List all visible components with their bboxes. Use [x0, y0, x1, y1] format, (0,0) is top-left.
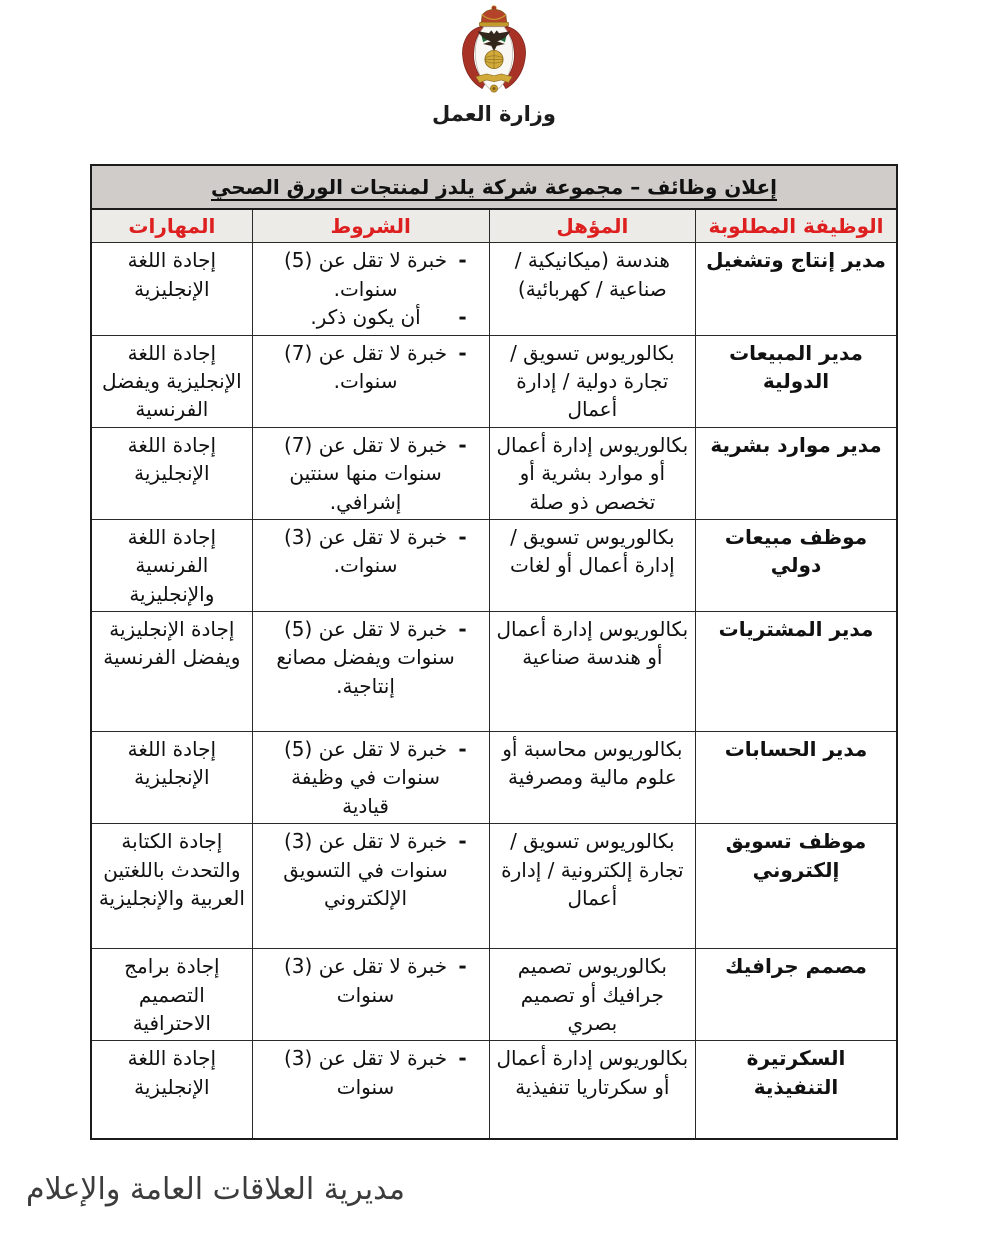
- bullet-dash: -: [458, 1044, 466, 1072]
- column-header-position: الوظيفة المطلوبة: [696, 209, 898, 243]
- position-cell: موظف مبيعات دولي: [696, 519, 898, 611]
- table-row: مدير موارد بشرية بكالوريوس إدارة أعمال أ…: [91, 427, 897, 519]
- condition-item: - خبرة لا تقل عن (5) سنوات.: [259, 246, 483, 303]
- table-row: مدير المبيعات الدولية بكالوريوس تسويق / …: [91, 335, 897, 427]
- position-cell: السكرتيرة التنفيذية: [696, 1041, 898, 1139]
- condition-text: أن يكون ذكر.: [259, 303, 459, 331]
- qualification-cell: بكالوريوس تصميم جرافيك أو تصميم بصري: [489, 949, 695, 1041]
- condition-text: خبرة لا تقل عن (5) سنوات.: [259, 246, 459, 303]
- conditions-cell: - خبرة لا تقل عن (3) سنوات.: [252, 519, 489, 611]
- bullet-dash: -: [458, 303, 466, 331]
- column-header-skills: المهارات: [91, 209, 252, 243]
- condition-text: خبرة لا تقل عن (3) سنوات: [259, 1044, 459, 1101]
- bullet-dash: -: [458, 827, 466, 855]
- position-cell: مدير الحسابات: [696, 732, 898, 824]
- qualification-cell: بكالوريوس إدارة أعمال أو موارد بشرية أو …: [489, 427, 695, 519]
- table-row: مدير المشتريات بكالوريوس إدارة أعمال أو …: [91, 612, 897, 732]
- condition-text: خبرة لا تقل عن (3) سنوات في التسويق الإل…: [259, 827, 459, 912]
- conditions-cell: - خبرة لا تقل عن (3) سنوات: [252, 1041, 489, 1139]
- conditions-cell: - خبرة لا تقل عن (5) سنوات. - أن يكون ذك…: [252, 243, 489, 335]
- conditions-cell: - خبرة لا تقل عن (3) سنوات: [252, 949, 489, 1041]
- bullet-dash: -: [458, 431, 466, 459]
- position-cell: مدير إنتاج وتشغيل: [696, 243, 898, 335]
- qualification-cell: بكالوريوس إدارة أعمال أو سكرتاريا تنفيذي…: [489, 1041, 695, 1139]
- bullet-dash: -: [458, 523, 466, 551]
- table-row: مدير الحسابات بكالوريوس محاسبة أو علوم م…: [91, 732, 897, 824]
- table-row: السكرتيرة التنفيذية بكالوريوس إدارة أعما…: [91, 1041, 897, 1139]
- condition-item: - خبرة لا تقل عن (3) سنوات.: [259, 523, 483, 580]
- condition-item: - خبرة لا تقل عن (7) سنوات منها سنتين إش…: [259, 431, 483, 516]
- skills-cell: إجادة اللغة الإنجليزية: [91, 1041, 252, 1139]
- position-cell: مدير المبيعات الدولية: [696, 335, 898, 427]
- conditions-cell: - خبرة لا تقل عن (7) سنوات.: [252, 335, 489, 427]
- qualification-cell: بكالوريوس تسويق / تجارة إلكترونية / إدار…: [489, 824, 695, 949]
- ministry-name: وزارة العمل: [0, 102, 988, 126]
- skills-cell: إجادة اللغة الإنجليزية: [91, 427, 252, 519]
- position-cell: مدير المشتريات: [696, 612, 898, 732]
- condition-text: خبرة لا تقل عن (3) سنوات: [259, 952, 459, 1009]
- qualification-cell: هندسة (ميكانيكية / صناعية / كهربائية): [489, 243, 695, 335]
- skills-cell: إجادة اللغة الإنجليزية ويفضل الفرنسية: [91, 335, 252, 427]
- condition-text: خبرة لا تقل عن (5) سنوات في وظيفة قيادية: [259, 735, 459, 820]
- skills-cell: إجادة اللغة الفرنسية والإنجليزية: [91, 519, 252, 611]
- table-row: موظف مبيعات دولي بكالوريوس تسويق / إدارة…: [91, 519, 897, 611]
- skills-cell: إجادة الإنجليزية ويفضل الفرنسية: [91, 612, 252, 732]
- conditions-cell: - خبرة لا تقل عن (3) سنوات في التسويق ال…: [252, 824, 489, 949]
- condition-text: خبرة لا تقل عن (7) سنوات منها سنتين إشرا…: [259, 431, 459, 516]
- bullet-dash: -: [458, 952, 466, 980]
- condition-item: - خبرة لا تقل عن (7) سنوات.: [259, 339, 483, 396]
- skills-cell: إجادة الكتابة والتحدث باللغتين العربية و…: [91, 824, 252, 949]
- qualification-cell: بكالوريوس إدارة أعمال أو هندسة صناعية: [489, 612, 695, 732]
- skills-cell: إجادة اللغة الإنجليزية: [91, 243, 252, 335]
- table-header-row: الوظيفة المطلوبة المؤهل الشروط المهارات: [91, 209, 897, 243]
- column-header-qualification: المؤهل: [489, 209, 695, 243]
- qualification-cell: بكالوريوس تسويق / تجارة دولية / إدارة أع…: [489, 335, 695, 427]
- skills-cell: إجادة اللغة الإنجليزية: [91, 732, 252, 824]
- conditions-cell: - خبرة لا تقل عن (7) سنوات منها سنتين إش…: [252, 427, 489, 519]
- qualification-cell: بكالوريوس تسويق / إدارة أعمال أو لغات: [489, 519, 695, 611]
- position-cell: مصمم جرافيك: [696, 949, 898, 1041]
- condition-text: خبرة لا تقل عن (3) سنوات.: [259, 523, 459, 580]
- condition-item: - أن يكون ذكر.: [259, 303, 483, 331]
- skills-cell: إجادة برامج التصميم الاحترافية: [91, 949, 252, 1041]
- qualification-cell: بكالوريوس محاسبة أو علوم مالية ومصرفية: [489, 732, 695, 824]
- condition-item: - خبرة لا تقل عن (5) سنوات في وظيفة قياد…: [259, 735, 483, 820]
- condition-item: - خبرة لا تقل عن (3) سنوات: [259, 1044, 483, 1101]
- condition-item: - خبرة لا تقل عن (5) سنوات ويفضل مصانع إ…: [259, 615, 483, 700]
- bullet-dash: -: [458, 339, 466, 367]
- bullet-dash: -: [458, 615, 466, 643]
- bullet-dash: -: [458, 735, 466, 763]
- position-cell: مدير موارد بشرية: [696, 427, 898, 519]
- job-announcement-table: إعلان وظائف – مجموعة شركة يلدز لمنتجات ا…: [90, 164, 898, 1140]
- position-cell: موظف تسويق إلكتروني: [696, 824, 898, 949]
- condition-text: خبرة لا تقل عن (5) سنوات ويفضل مصانع إنت…: [259, 615, 459, 700]
- condition-item: - خبرة لا تقل عن (3) سنوات في التسويق ال…: [259, 827, 483, 912]
- table-title-row: إعلان وظائف – مجموعة شركة يلدز لمنتجات ا…: [91, 165, 897, 209]
- conditions-cell: - خبرة لا تقل عن (5) سنوات ويفضل مصانع إ…: [252, 612, 489, 732]
- column-header-conditions: الشروط: [252, 209, 489, 243]
- footer-department: مديرية العلاقات العامة والإعلام: [26, 1172, 405, 1207]
- jordan-royal-crest-icon: [446, 4, 542, 104]
- bullet-dash: -: [458, 246, 466, 274]
- condition-text: خبرة لا تقل عن (7) سنوات.: [259, 339, 459, 396]
- conditions-cell: - خبرة لا تقل عن (5) سنوات في وظيفة قياد…: [252, 732, 489, 824]
- announcement-title: إعلان وظائف – مجموعة شركة يلدز لمنتجات ا…: [91, 165, 897, 209]
- table-row: موظف تسويق إلكتروني بكالوريوس تسويق / تج…: [91, 824, 897, 949]
- condition-item: - خبرة لا تقل عن (3) سنوات: [259, 952, 483, 1009]
- table-row: مصمم جرافيك بكالوريوس تصميم جرافيك أو تص…: [91, 949, 897, 1041]
- table-row: مدير إنتاج وتشغيل هندسة (ميكانيكية / صنا…: [91, 243, 897, 335]
